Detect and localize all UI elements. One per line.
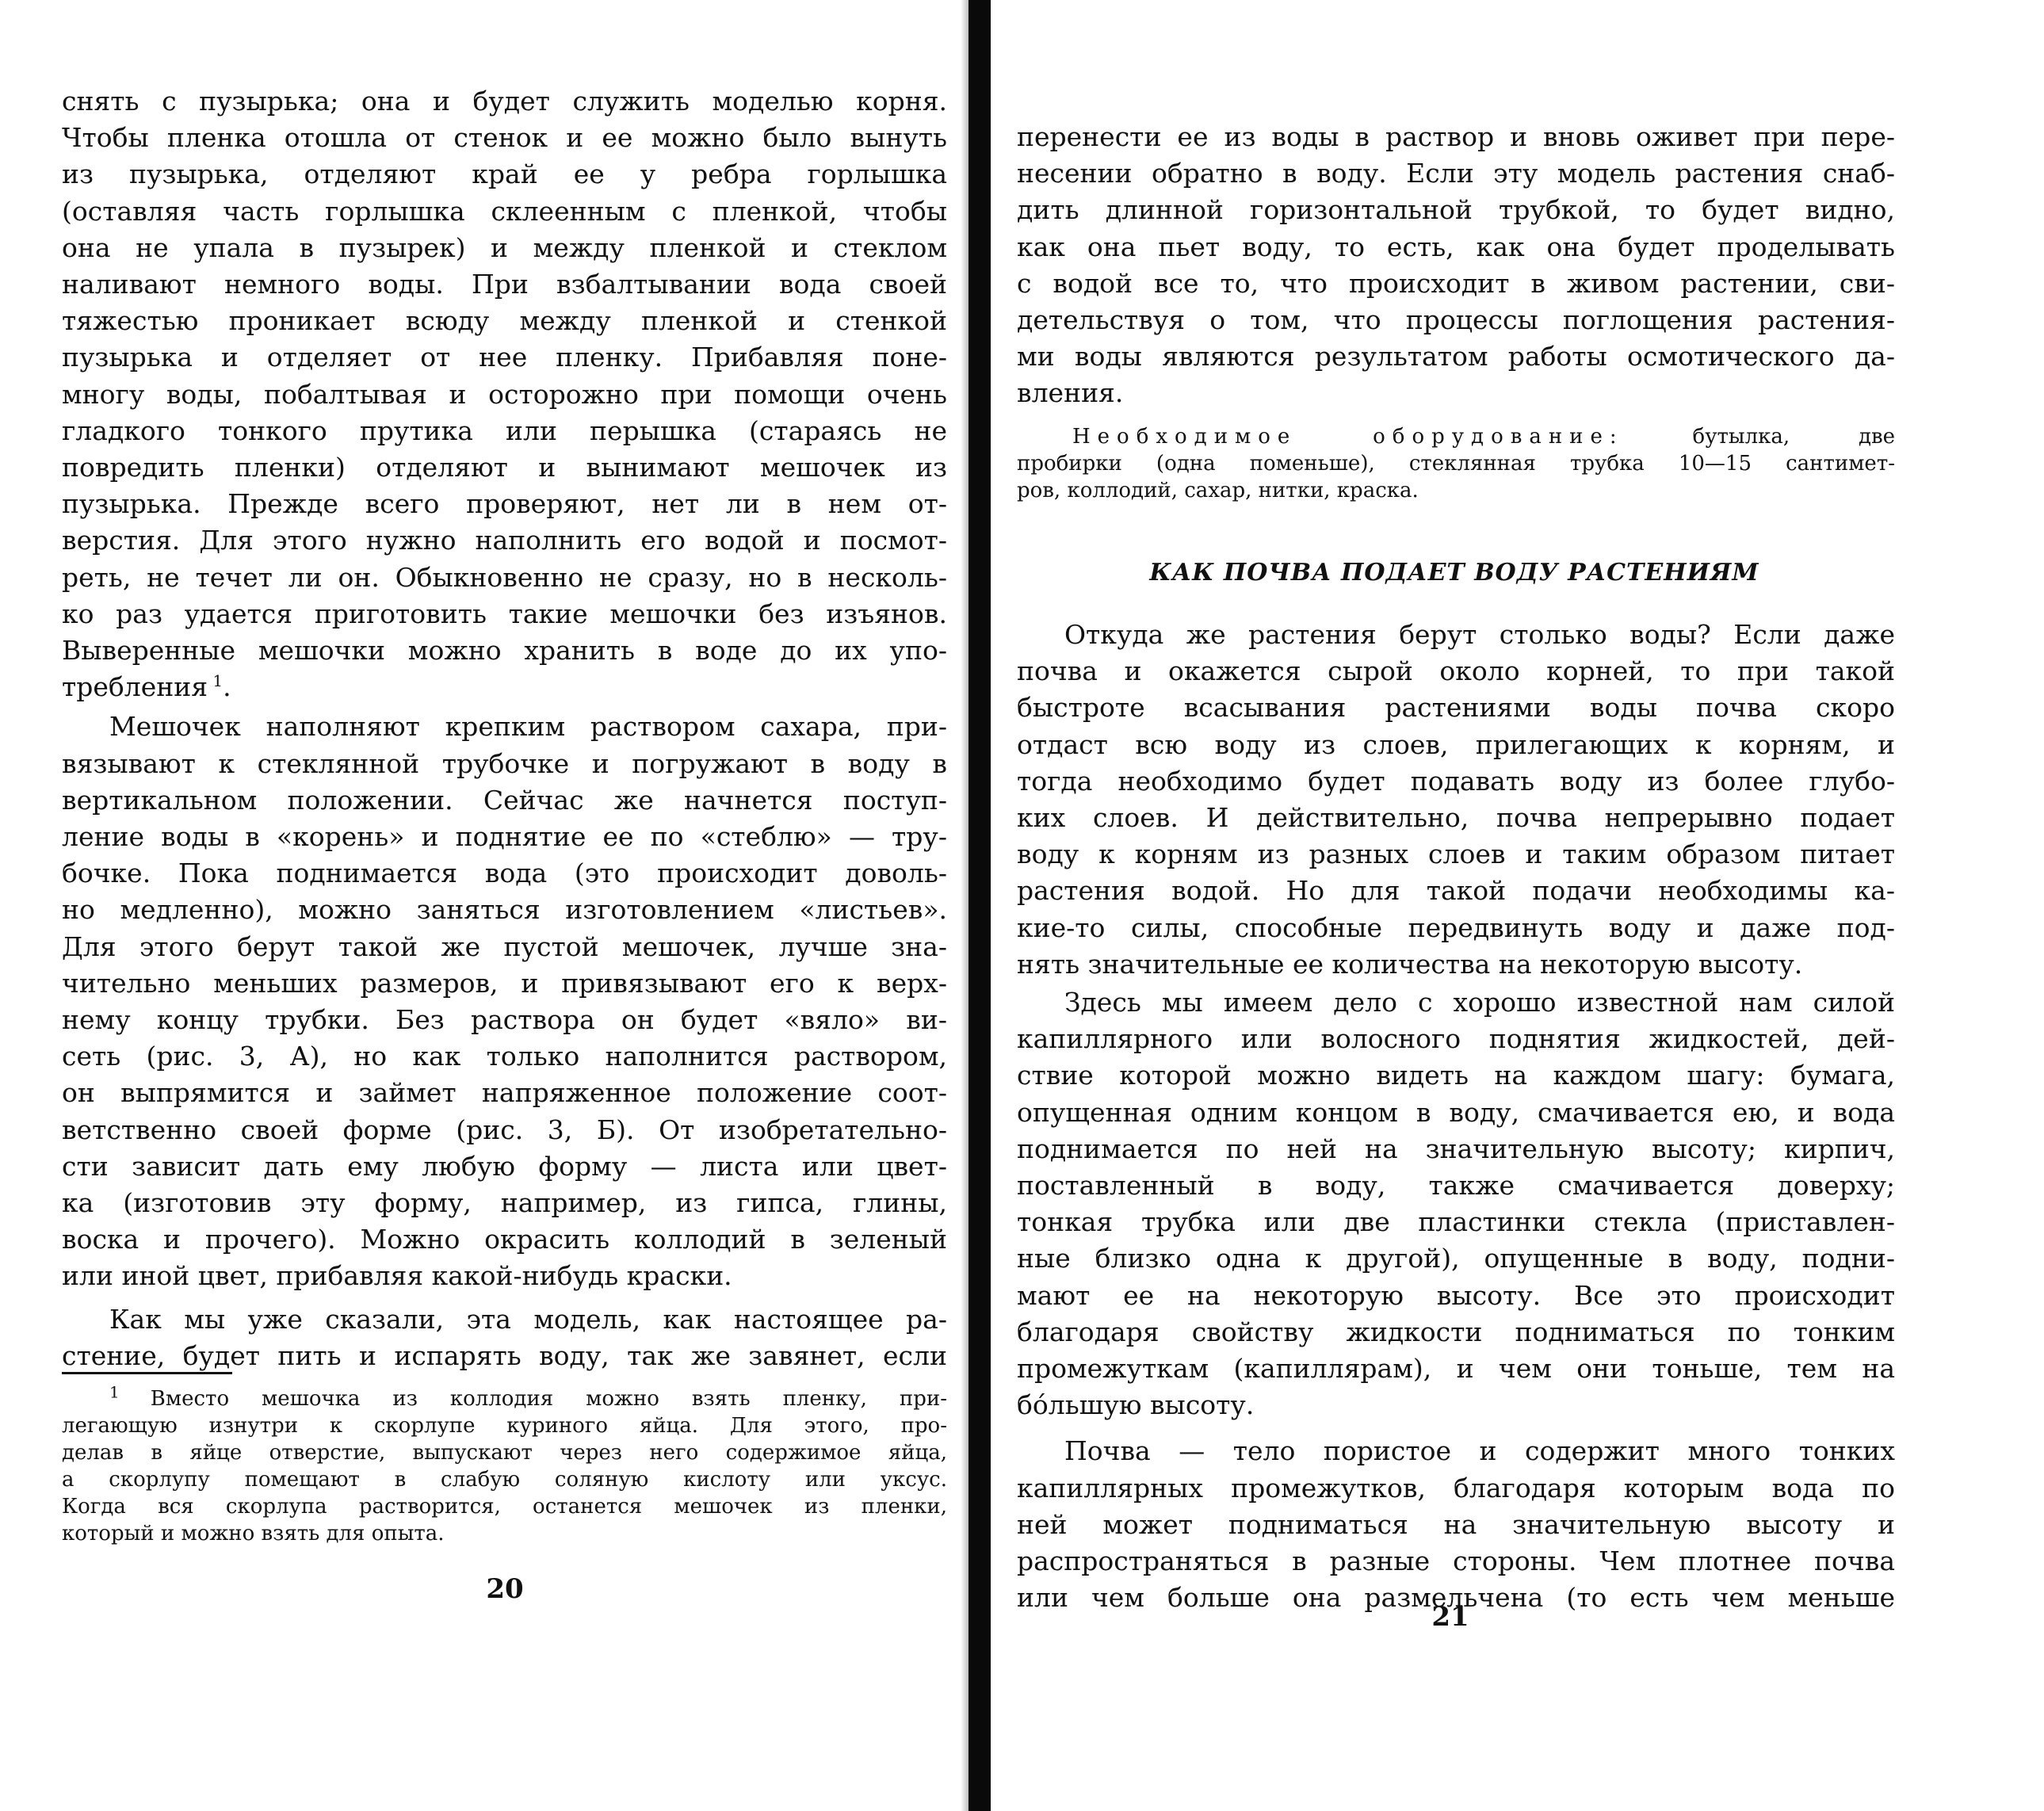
text-line: Как мы уже сказали, эта модель, как наст… xyxy=(62,1301,947,1338)
equipment-line: пробирки (одна поменьше), стеклянная тру… xyxy=(1017,450,1895,477)
text-line: ка (изготовив эту форму, например, из ги… xyxy=(62,1185,947,1221)
footnote-line: легающую изнутри к скорлупе куриного яйц… xyxy=(62,1412,947,1439)
text-line: капиллярных промежутков, благодаря котор… xyxy=(1017,1470,1895,1507)
text-line: повредить пленки) отделяют и вынимают ме… xyxy=(62,449,947,486)
text-line: вления. xyxy=(1017,375,1895,411)
footnote-text: который и можно взять для опыта. xyxy=(62,1522,445,1545)
footnote-line: 1 Вместо мешочка из коллодия можно взять… xyxy=(62,1385,947,1412)
text-line: ление воды в «корень» и поднятие ее по «… xyxy=(62,819,947,855)
text-line: бочке. Пока поднимается вода (это происх… xyxy=(62,855,947,892)
text-line: с водой все то, что происходит в живом р… xyxy=(1017,266,1895,302)
text-line: капиллярного или волосного поднятия жидк… xyxy=(1017,1021,1895,1057)
text-line: Здесь мы имеем дело с хорошо известной н… xyxy=(1017,984,1895,1021)
section-heading: КАК ПОЧВА ПОДАЕТ ВОДУ РАСТЕНИЯМ xyxy=(1014,555,1894,591)
text-line: быстроте всасывания растениями воды почв… xyxy=(1017,690,1895,726)
text-line: нему концу трубки. Без раствора он будет… xyxy=(62,1002,947,1038)
book-gutter xyxy=(969,0,991,1811)
text-line: как она пьет воду, то есть, как она буде… xyxy=(1017,229,1895,266)
text-line: тяжестью проникает всюду между пленкой и… xyxy=(62,303,947,339)
text-line: ствие которой можно видеть на каждом шаг… xyxy=(1017,1057,1895,1094)
text-line: опущенная одним концом в воду, смачивает… xyxy=(1017,1095,1895,1131)
text-line: перенести ее из воды в раствор и вновь о… xyxy=(1017,119,1895,155)
footnote-line: а скорлупу помещают в слабую соляную кис… xyxy=(62,1466,947,1493)
text-line: кие-то силы, способные передвинуть воду … xyxy=(1017,910,1895,946)
text-line: она не упала в пузырек) и между пленкой … xyxy=(62,230,947,266)
text-line: поставленный в воду, также смачивается д… xyxy=(1017,1167,1895,1204)
text-line: ные близко одна к другой), опущенные в в… xyxy=(1017,1240,1895,1277)
footnote-text: Когда вся скорлупа растворится, останетс… xyxy=(62,1495,947,1519)
text-line: пузырька. Прежде всего проверяют, нет ли… xyxy=(62,486,947,522)
text-line: или иной цвет, прибавляя какой-нибудь кр… xyxy=(62,1258,947,1294)
text-line: нять значительные ее количества на некот… xyxy=(1017,946,1895,983)
footnote-line: Когда вся скорлупа растворится, останетс… xyxy=(62,1493,947,1520)
footnote-text: а скорлупу помещают в слабую соляную кис… xyxy=(62,1468,947,1492)
text-line: наливают немного воды. При взбалтывании … xyxy=(62,266,947,303)
text-line: Выверенные мешочки можно хранить в воде … xyxy=(62,632,947,669)
text-line: ких слоев. И действительно, почва непрер… xyxy=(1017,800,1895,836)
text-line: воска и прочего). Можно окрасить коллоди… xyxy=(62,1221,947,1258)
text-line: отдаст всю воду из слоев, прилегающих к … xyxy=(1017,727,1895,763)
text-line: верстия. Для этого нужно наполнить его в… xyxy=(62,522,947,559)
text-line: он выпрямится и займет напряженное полож… xyxy=(62,1075,947,1111)
text-line: воду к корням из разных слоев и таким об… xyxy=(1017,836,1895,873)
text-line: стение, будет пить и испарять воду, так … xyxy=(62,1338,947,1374)
equipment-line: Необходимое оборудование: бутылка, две xyxy=(1017,423,1895,450)
text-line: реть, не течет ли он. Обыкновенно не сра… xyxy=(62,560,947,596)
text-line: дить длинной горизонтальной трубкой, то … xyxy=(1017,192,1895,228)
text-line: тогда необходимо будет подавать воду из … xyxy=(1017,763,1895,800)
page-number-left: 20 xyxy=(473,1573,537,1605)
text-line: ми воды являются результатом работы осмо… xyxy=(1017,338,1895,375)
text-line: чительно меньших размеров, и привязывают… xyxy=(62,965,947,1002)
text-line: сти зависит дать ему любую форму — листа… xyxy=(62,1148,947,1185)
text-line: ко раз удается приготовить такие мешочки… xyxy=(62,596,947,632)
text-line: (оставляя часть горлышка склеенным с пле… xyxy=(62,193,947,230)
text-line: снять с пузырька; она и будет служить мо… xyxy=(62,83,947,120)
footnote-text: делав в яйце отверстие, выпускают через … xyxy=(62,1441,947,1465)
text-line: вертикальном положении. Сейчас же начнет… xyxy=(62,782,947,819)
text-line: растения водой. Но для такой подачи необ… xyxy=(1017,873,1895,909)
text-line: Мешочек наполняют крепким раствором саха… xyxy=(62,709,947,745)
footnote-line: который и можно взять для опыта. xyxy=(62,1520,947,1547)
text-line: несении обратно в воду. Если эту модель … xyxy=(1017,155,1895,192)
text-line: Откуда же растения берут столько воды? Е… xyxy=(1017,617,1895,653)
equipment-items: бутылка, две xyxy=(1624,425,1895,449)
page-number-right: 21 xyxy=(1419,1601,1482,1633)
right-page: перенести ее из воды в раствор и вновь о… xyxy=(995,0,2044,1811)
text-line: Чтобы пленка отошла от стенок и ее можно… xyxy=(62,120,947,156)
text-line: мают ее на некоторую высоту. Все это про… xyxy=(1017,1278,1895,1314)
equipment-label: Необходимое оборудование: xyxy=(1072,425,1624,449)
text-line: бо́льшую высоту. xyxy=(1017,1387,1895,1423)
footnote-text: легающую изнутри к скорлупе куриного яйц… xyxy=(62,1414,947,1438)
text-line: требления 1. xyxy=(62,669,947,705)
text-line: вязывают к стеклянной трубочке и погружа… xyxy=(62,746,947,782)
text-line: почва и окажется сырой около корней, то … xyxy=(1017,653,1895,690)
footnote-text: Вместо мешочка из коллодия можно взять п… xyxy=(151,1387,947,1411)
text-line: промежуткам (капиллярам), и чем они тонь… xyxy=(1017,1351,1895,1387)
text-line: благодаря свойству жидкости подниматься … xyxy=(1017,1314,1895,1351)
text-line: но медленно), можно заняться изготовлени… xyxy=(62,892,947,928)
text-line: пузырька и отделяет от нее пленку. Приба… xyxy=(62,339,947,376)
footnote-rule xyxy=(62,1372,232,1374)
left-page: снять с пузырька; она и будет служить мо… xyxy=(0,0,967,1811)
footnote-marker: 1 xyxy=(109,1382,151,1401)
text-line: распространяться в разные стороны. Чем п… xyxy=(1017,1543,1895,1580)
text-line: из пузырька, отделяют край ее у ребра го… xyxy=(62,156,947,193)
text-line: ней может подниматься на значительную вы… xyxy=(1017,1507,1895,1543)
footnote-reference[interactable]: 1 xyxy=(208,671,223,690)
footnote-line: делав в яйце отверстие, выпускают через … xyxy=(62,1439,947,1466)
text-line: тонкая трубка или две пластинки стекла (… xyxy=(1017,1204,1895,1240)
text-line: поднимается по ней на значительную высот… xyxy=(1017,1131,1895,1167)
text-line: гладкого тонкого прутика или перышка (ст… xyxy=(62,413,947,449)
text-line: ветственно своей форме (рис. 3, Б). От и… xyxy=(62,1112,947,1148)
text-line: Почва — тело пористое и содержит много т… xyxy=(1017,1433,1895,1469)
text-line: сеть (рис. 3, А), но как только наполнит… xyxy=(62,1038,947,1075)
text-line: детельствуя о том, что процессы поглощен… xyxy=(1017,302,1895,338)
equipment-line: ров, коллодий, сахар, нитки, краска. xyxy=(1017,477,1895,504)
text-line: Для этого берут такой же пустой мешочек,… xyxy=(62,929,947,965)
text-line: многу воды, побалтывая и осторожно при п… xyxy=(62,376,947,413)
text-span: требления xyxy=(62,671,208,702)
